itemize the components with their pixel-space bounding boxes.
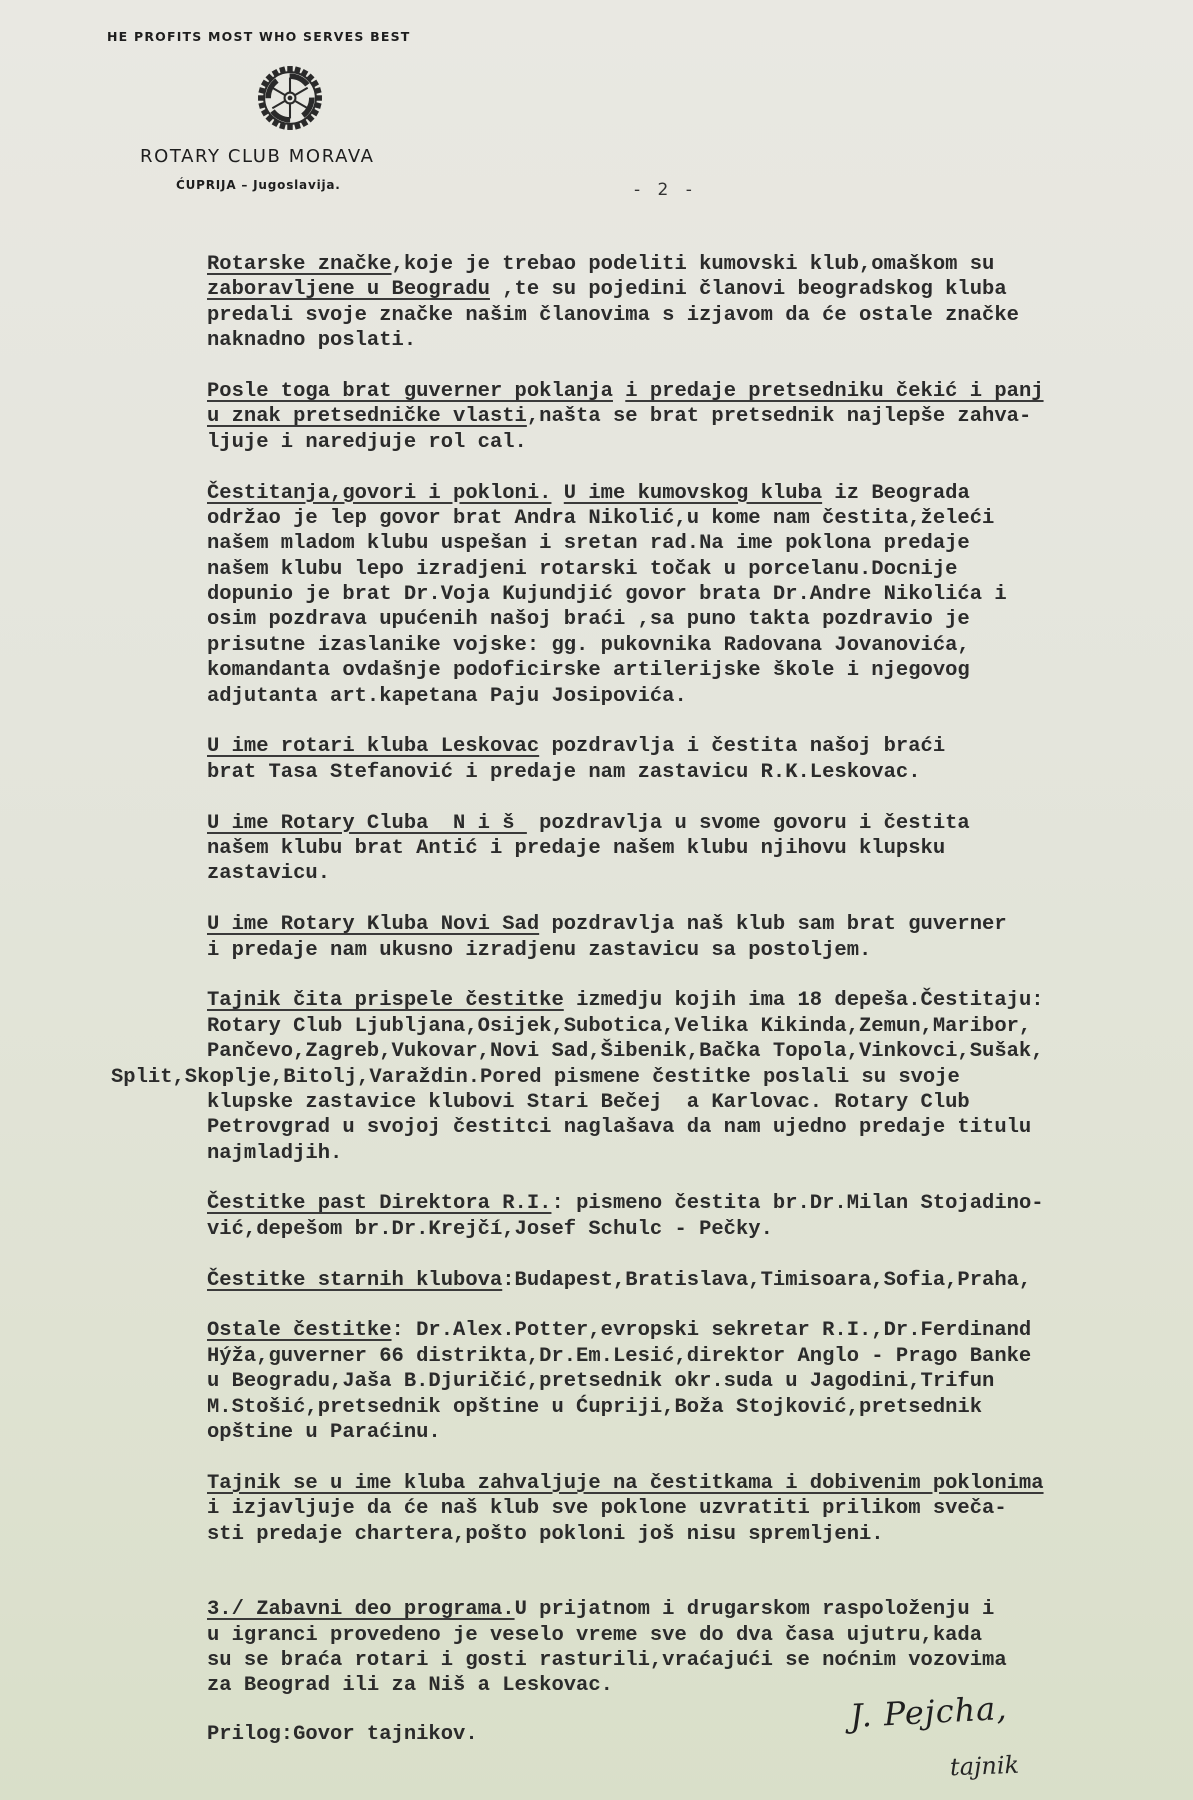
attachment-note: Prilog:Govor tajnikov. xyxy=(207,1723,478,1746)
paragraph: Čestitke starnih klubova:Budapest,Bratis… xyxy=(207,1268,1187,1293)
text-line: našem klubu brat Antić i predaje našem k… xyxy=(207,836,1187,861)
underlined-text: Čestitke starnih klubova xyxy=(207,1269,502,1292)
text-line: Rotary Club Ljubljana,Osijek,Subotica,Ve… xyxy=(207,1014,1187,1039)
rotary-wheel-icon xyxy=(256,64,324,132)
text-line: zaboravljene u Beogradu ,te su pojedini … xyxy=(207,277,1187,302)
text-line: dopunio je brat Dr.Voja Kujundjić govor … xyxy=(207,582,1187,607)
text-line: našem klubu lepo izradjeni rotarski toča… xyxy=(207,557,1187,582)
text-line: u znak pretsedničke vlasti,našta se brat… xyxy=(207,404,1187,429)
paragraph: Ostale čestitke: Dr.Alex.Potter,evropski… xyxy=(207,1318,1187,1445)
underlined-text: Rotarske značke xyxy=(207,253,392,276)
underlined-text: Tajnik se u ime kluba zahvaljuje na čest… xyxy=(207,1472,1044,1495)
underlined-text: i predaje pretsedniku čekić i panj xyxy=(625,380,1043,403)
text-line: Pančevo,Zagreb,Vukovar,Novi Sad,Šibenik,… xyxy=(207,1039,1187,1064)
text-line: su se braća rotari i gosti rasturili,vra… xyxy=(207,1648,1187,1673)
text-line: za Beograd ili za Niš a Leskovac. xyxy=(207,1673,1187,1698)
text-line: vić,depešom br.Dr.Krejčí,Josef Schulc - … xyxy=(207,1217,1187,1242)
text-segment: pozdravlja naš klub sam brat guverner xyxy=(539,913,1006,936)
text-segment: osim pozdrava upućenih našoj braći ,sa p… xyxy=(207,608,970,631)
text-segment: opštine u Paraćinu. xyxy=(207,1421,441,1444)
underlined-text: Tajnik čita prispele čestitke xyxy=(207,989,564,1012)
text-line: i izjavljuje da će naš klub sve poklone … xyxy=(207,1496,1187,1521)
text-segment: održao je lep govor brat Andra Nikolić,u… xyxy=(207,507,994,530)
text-line: našem mladom klubu uspešan i sretan rad.… xyxy=(207,531,1187,556)
paragraph: Rotarske značke,koje je trebao podeliti … xyxy=(207,252,1187,354)
text-line: Ostale čestitke: Dr.Alex.Potter,evropski… xyxy=(207,1318,1187,1343)
paragraph: Čestitanja,govori i pokloni. U ime kumov… xyxy=(207,481,1187,710)
text-line: predali svoje značke našim članovima s i… xyxy=(207,303,1187,328)
text-line: osim pozdrava upućenih našoj braći ,sa p… xyxy=(207,607,1187,632)
club-motto: HE PROFITS MOST WHO SERVES BEST xyxy=(107,29,411,44)
text-segment: u Beogradu,Jaša B.Djuričić,pretsednik ok… xyxy=(207,1370,994,1393)
text-line: ljuje i naredjuje rol cal. xyxy=(207,430,1187,455)
text-segment: vić,depešom br.Dr.Krejčí,Josef Schulc - … xyxy=(207,1218,773,1241)
text-segment: prisutne izaslanike vojske: gg. pukovnik… xyxy=(207,634,970,657)
underlined-text: U ime kumovskog kluba xyxy=(564,482,822,505)
paragraph: Tajnik čita prispele čestitke izmedju ko… xyxy=(207,988,1187,1166)
text-segment: sti predaje chartera,pošto pokloni još n… xyxy=(207,1523,884,1546)
text-segment: ljuje i naredjuje rol cal. xyxy=(207,431,527,454)
paragraph: U ime Rotary Cluba N i š pozdravlja u sv… xyxy=(207,811,1187,887)
club-location: ĆUPRIJA – Jugoslavija. xyxy=(176,178,341,192)
page-number: - 2 - xyxy=(634,180,698,200)
text-line: 3./ Zabavni deo programa.U prijatnom i d… xyxy=(207,1597,1187,1622)
text-line: naknadno poslati. xyxy=(207,328,1187,353)
text-line: najmladjih. xyxy=(207,1141,1187,1166)
text-line: Petrovgrad u svojoj čestitci naglašava d… xyxy=(207,1115,1187,1140)
text-segment: komandanta ovdašnje podoficirske artiler… xyxy=(207,659,970,682)
text-line: Posle toga brat guverner poklanja i pred… xyxy=(207,379,1187,404)
letterhead: HE PROFITS MOST WHO SERVES BEST ROTARY C… xyxy=(0,0,1193,220)
text-line: u igranci provedeno je veselo vreme sve … xyxy=(207,1623,1187,1648)
text-segment: Hýža,guverner 66 distrikta,Dr.Em.Lesić,d… xyxy=(207,1345,1031,1368)
text-segment: Petrovgrad u svojoj čestitci naglašava d… xyxy=(207,1116,1031,1139)
text-segment: najmladjih. xyxy=(207,1142,342,1165)
underlined-text: 3./ Zabavni deo programa. xyxy=(207,1598,515,1621)
text-segment: u igranci provedeno je veselo vreme sve … xyxy=(207,1624,982,1647)
text-line: klupske zastavice klubovi Stari Bečej a … xyxy=(207,1090,1187,1115)
underlined-text: Čestitanja,govori i pokloni. xyxy=(207,482,551,505)
text-line: Rotarske značke,koje je trebao podeliti … xyxy=(207,252,1187,277)
text-segment: klupske zastavice klubovi Stari Bečej a … xyxy=(207,1091,970,1114)
club-name: ROTARY CLUB MORAVA xyxy=(140,146,375,167)
text-segment: našem mladom klubu uspešan i sretan rad.… xyxy=(207,532,970,555)
text-segment: Pančevo,Zagreb,Vukovar,Novi Sad,Šibenik,… xyxy=(207,1040,1044,1063)
paragraph: Tajnik se u ime kluba zahvaljuje na čest… xyxy=(207,1471,1187,1547)
text-line: u Beogradu,Jaša B.Djuričić,pretsednik ok… xyxy=(207,1369,1187,1394)
text-line: U ime rotari kluba Leskovac pozdravlja i… xyxy=(207,734,1187,759)
text-segment: pozdravlja i čestita našoj braći xyxy=(539,735,945,758)
text-segment xyxy=(551,482,563,505)
text-segment: dopunio je brat Dr.Voja Kujundjić govor … xyxy=(207,583,1007,606)
text-segment: adjutanta art.kapetana Paju Josipovića. xyxy=(207,685,687,708)
text-segment: pozdravlja u svome govoru i čestita xyxy=(527,812,970,835)
text-line: Tajnik čita prispele čestitke izmedju ko… xyxy=(207,988,1187,1013)
text-line: Tajnik se u ime kluba zahvaljuje na čest… xyxy=(207,1471,1187,1496)
text-segment: predali svoje značke našim članovima s i… xyxy=(207,304,1019,327)
text-segment: Split,Skoplje,Bitolj,Varaždin.Pored pism… xyxy=(111,1066,960,1089)
underlined-text: U ime rotari kluba Leskovac xyxy=(207,735,539,758)
text-segment: ,našta se brat pretsednik najlepše zahva… xyxy=(527,405,1031,428)
text-segment: iz Beograda xyxy=(822,482,970,505)
text-segment: ,koje je trebao podeliti kumovski klub,o… xyxy=(392,253,995,276)
underlined-text: Posle toga brat guverner poklanja xyxy=(207,380,613,403)
text-line: komandanta ovdašnje podoficirske artiler… xyxy=(207,658,1187,683)
text-line: U ime Rotary Cluba N i š pozdravlja u sv… xyxy=(207,811,1187,836)
text-line: Hýža,guverner 66 distrikta,Dr.Em.Lesić,d… xyxy=(207,1344,1187,1369)
text-segment: našem klubu brat Antić i predaje našem k… xyxy=(207,837,945,860)
underlined-text: U ime Rotary Cluba N i š xyxy=(207,812,527,835)
text-line: prisutne izaslanike vojske: gg. pukovnik… xyxy=(207,633,1187,658)
signature-title: tajnik xyxy=(950,1751,1020,1781)
text-segment: brat Tasa Stefanović i predaje nam zasta… xyxy=(207,761,921,784)
underlined-text: zaboravljene u Beogradu xyxy=(207,278,490,301)
text-line: Čestitke starnih klubova:Budapest,Bratis… xyxy=(207,1268,1187,1293)
text-segment: ,te su pojedini članovi beogradskog klub… xyxy=(490,278,1007,301)
text-line: zastavicu. xyxy=(207,861,1187,886)
text-segment: i predaje nam ukusno izradjenu zastavicu… xyxy=(207,939,871,962)
underlined-text: Ostale čestitke xyxy=(207,1319,392,1342)
text-line: Čestitanja,govori i pokloni. U ime kumov… xyxy=(207,481,1187,506)
paragraph: Posle toga brat guverner poklanja i pred… xyxy=(207,379,1187,455)
text-segment: :Budapest,Bratislava,Timisoara,Sofia,Pra… xyxy=(502,1269,1031,1292)
text-segment: našem klubu lepo izradjeni rotarski toča… xyxy=(207,558,957,581)
paragraph: 3./ Zabavni deo programa.U prijatnom i d… xyxy=(207,1597,1187,1699)
text-line: U ime Rotary Kluba Novi Sad pozdravlja n… xyxy=(207,912,1187,937)
text-segment: naknadno poslati. xyxy=(207,329,416,352)
underlined-text: Čestitke past Direktora R.I. xyxy=(207,1192,551,1215)
text-segment: Rotary Club Ljubljana,Osijek,Subotica,Ve… xyxy=(207,1015,1031,1038)
paragraph: Čestitke past Direktora R.I.: pismeno če… xyxy=(207,1191,1187,1242)
text-line: Čestitke past Direktora R.I.: pismeno če… xyxy=(207,1191,1187,1216)
paragraph: U ime Rotary Kluba Novi Sad pozdravlja n… xyxy=(207,912,1187,963)
text-line: brat Tasa Stefanović i predaje nam zasta… xyxy=(207,760,1187,785)
underlined-text: U ime Rotary Kluba Novi Sad xyxy=(207,913,539,936)
text-segment: : Dr.Alex.Potter,evropski sekretar R.I.,… xyxy=(392,1319,1032,1342)
text-line: sti predaje chartera,pošto pokloni još n… xyxy=(207,1522,1187,1547)
text-segment: U prijatnom i drugarskom raspoloženju i xyxy=(515,1598,995,1621)
text-segment: : pismeno čestita br.Dr.Milan Stojadino- xyxy=(551,1192,1043,1215)
text-segment: izmedju kojih ima 18 depeša.Čestitaju: xyxy=(564,989,1044,1012)
text-segment xyxy=(613,380,625,403)
text-line: adjutanta art.kapetana Paju Josipovića. xyxy=(207,684,1187,709)
text-segment: su se braća rotari i gosti rasturili,vra… xyxy=(207,1649,1007,1672)
text-segment: M.Stošić,pretsednik opštine u Ćupriji,Bo… xyxy=(207,1396,982,1419)
paragraph: U ime rotari kluba Leskovac pozdravlja i… xyxy=(207,734,1187,785)
text-line: i predaje nam ukusno izradjenu zastavicu… xyxy=(207,938,1187,963)
text-segment: zastavicu. xyxy=(207,862,330,885)
text-line: održao je lep govor brat Andra Nikolić,u… xyxy=(207,506,1187,531)
letter-body: Rotarske značke,koje je trebao podeliti … xyxy=(207,252,1187,1724)
text-segment: i izjavljuje da će naš klub sve poklone … xyxy=(207,1497,1007,1520)
text-line: M.Stošić,pretsednik opštine u Ćupriji,Bo… xyxy=(207,1395,1187,1420)
text-segment: za Beograd ili za Niš a Leskovac. xyxy=(207,1674,613,1697)
signature: J. Pejcha, xyxy=(849,1689,1008,1735)
text-line: opštine u Paraćinu. xyxy=(207,1420,1187,1445)
underlined-text: u znak pretsedničke vlasti xyxy=(207,405,527,428)
text-line: Split,Skoplje,Bitolj,Varaždin.Pored pism… xyxy=(111,1065,1187,1090)
